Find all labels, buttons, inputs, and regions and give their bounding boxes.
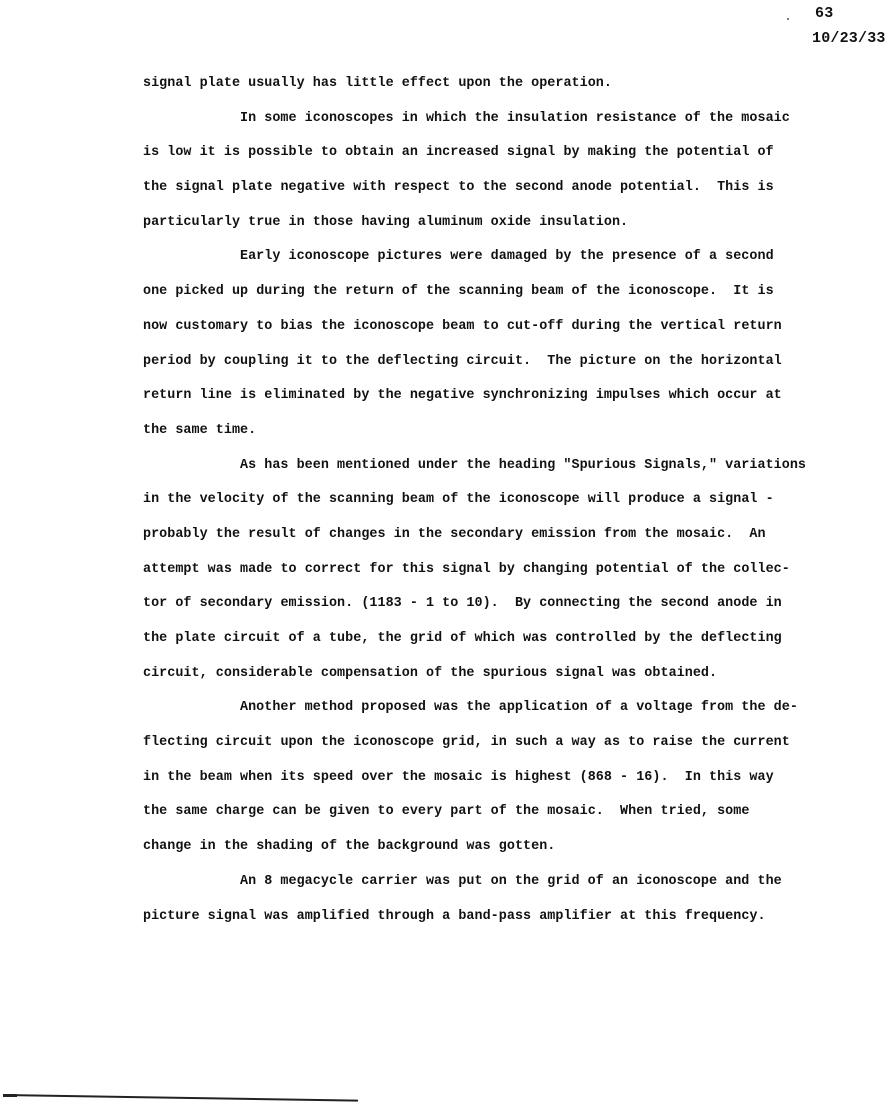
- text-line: As has been mentioned under the heading …: [143, 454, 883, 489]
- text-line: in the beam when its speed over the mosa…: [143, 766, 883, 801]
- text-line: circuit, considerable compensation of th…: [143, 662, 883, 697]
- text-line: Another method proposed was the applicat…: [143, 696, 883, 731]
- text-line: attempt was made to correct for this sig…: [143, 558, 883, 593]
- page-bottom-rule: [3, 1094, 358, 1102]
- text-line: the plate circuit of a tube, the grid of…: [143, 627, 883, 662]
- stray-mark: [787, 18, 789, 20]
- text-line: now customary to bias the iconoscope bea…: [143, 315, 883, 350]
- text-line: picture signal was amplified through a b…: [143, 905, 883, 940]
- text-line: the same charge can be given to every pa…: [143, 800, 883, 835]
- text-line: one picked up during the return of the s…: [143, 280, 883, 315]
- text-line: flecting circuit upon the iconoscope gri…: [143, 731, 883, 766]
- text-line: the signal plate negative with respect t…: [143, 176, 883, 211]
- document-body: signal plate usually has little effect u…: [143, 72, 883, 939]
- text-line: probably the result of changes in the se…: [143, 523, 883, 558]
- text-line: An 8 megacycle carrier was put on the gr…: [143, 870, 883, 905]
- text-line: signal plate usually has little effect u…: [143, 72, 883, 107]
- text-line: In some iconoscopes in which the insulat…: [143, 107, 883, 142]
- text-line: the same time.: [143, 419, 883, 454]
- text-line: in the velocity of the scanning beam of …: [143, 488, 883, 523]
- text-line: change in the shading of the background …: [143, 835, 883, 870]
- text-line: tor of secondary emission. (1183 - 1 to …: [143, 592, 883, 627]
- text-line: Early iconoscope pictures were damaged b…: [143, 245, 883, 280]
- text-line: period by coupling it to the deflecting …: [143, 350, 883, 385]
- page-date: 10/23/33: [812, 30, 886, 47]
- text-line: is low it is possible to obtain an incre…: [143, 141, 883, 176]
- text-line: return line is eliminated by the negativ…: [143, 384, 883, 419]
- text-line: particularly true in those having alumin…: [143, 211, 883, 246]
- page-number: 63: [815, 5, 833, 22]
